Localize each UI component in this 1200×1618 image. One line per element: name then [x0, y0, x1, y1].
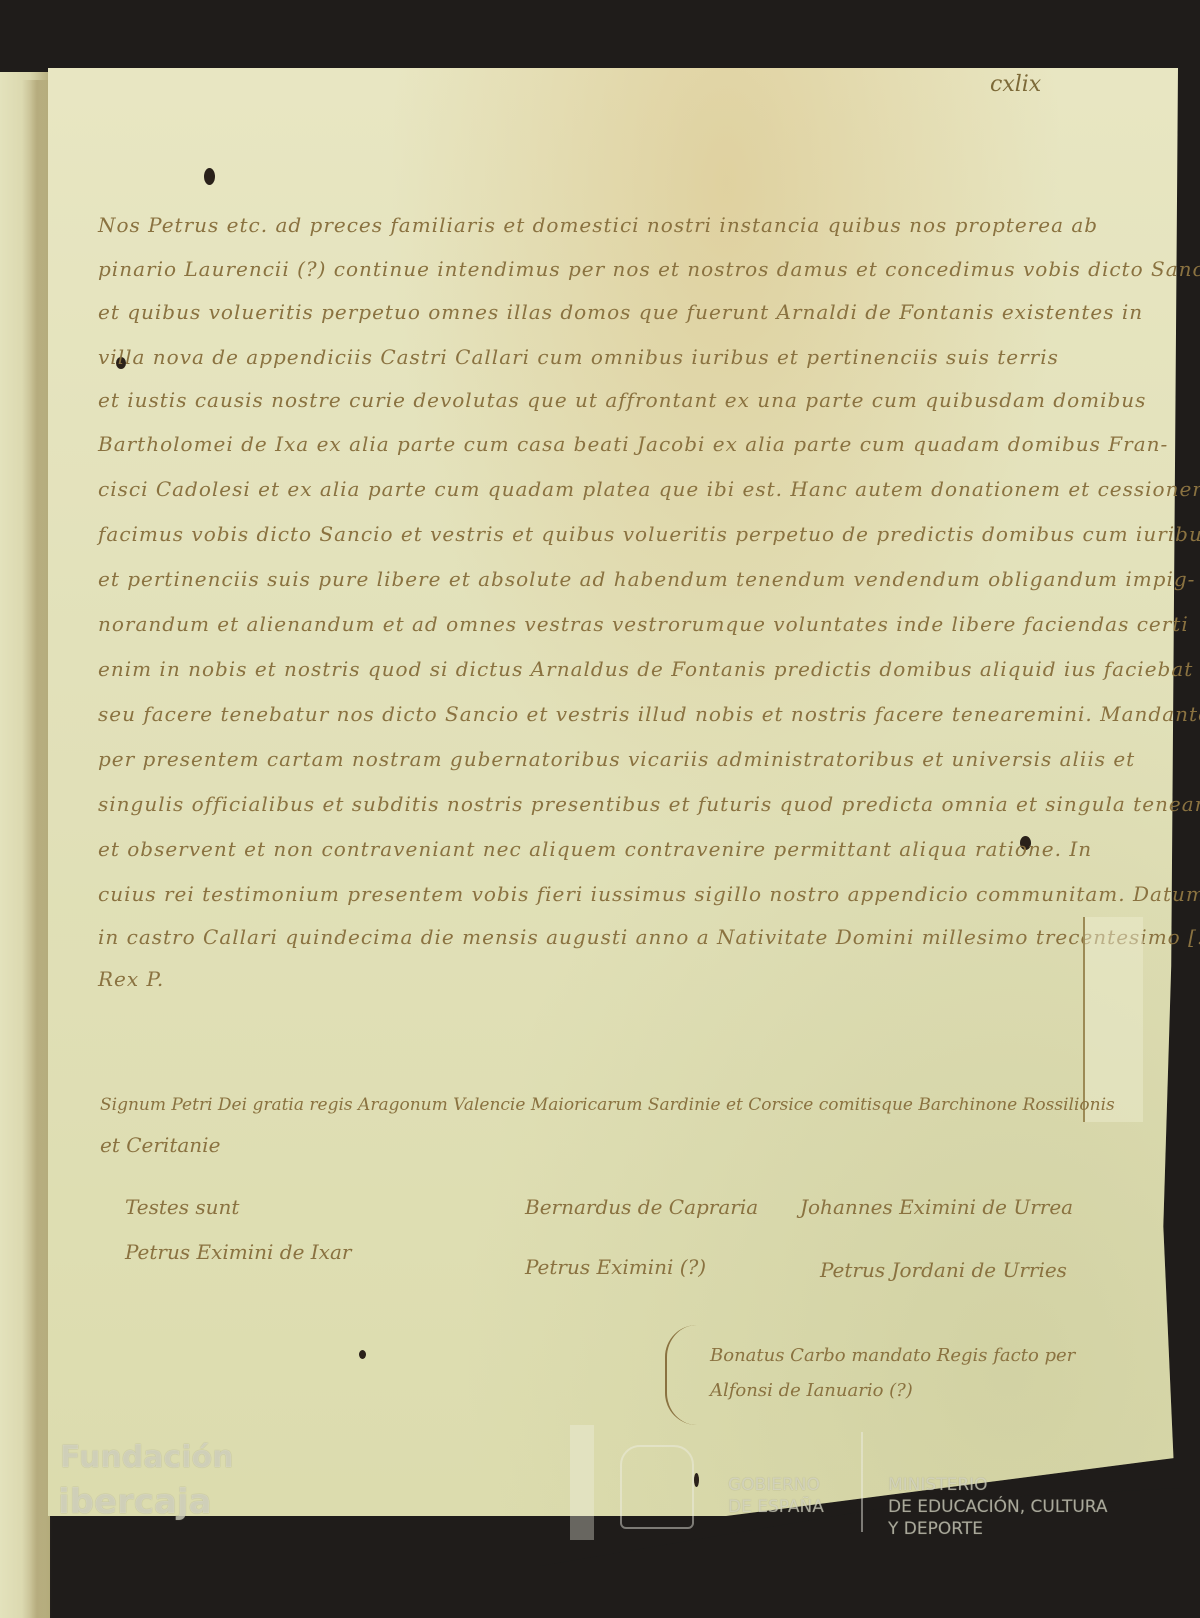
coat-of-arms-icon	[620, 1445, 694, 1529]
watermark-divider	[861, 1432, 863, 1532]
body-line: seu facere tenebatur nos dicto Sancio et…	[98, 702, 1200, 726]
folio-number: cxlix	[990, 72, 1041, 97]
body-line: et pertinenciis suis pure libere et abso…	[98, 567, 1195, 591]
gov-logo-stripe	[570, 1425, 594, 1540]
watermark-ibercaja: ibercaja	[58, 1482, 212, 1522]
witness: Petrus Jordani de Urries	[820, 1258, 1067, 1282]
witness: Johannes Eximini de Urrea	[800, 1195, 1073, 1219]
watermark-ministerio: MINISTERIO DE EDUCACIÓN, CULTURA Y DEPOR…	[888, 1474, 1108, 1540]
pasted-slip	[1083, 917, 1143, 1122]
ministry-line: MINISTERIO	[888, 1474, 1108, 1496]
witness: Petrus Eximini (?)	[525, 1255, 706, 1279]
witness: Bernardus de Capraria	[525, 1195, 758, 1219]
wormhole	[694, 1473, 699, 1487]
binding-gutter	[22, 80, 52, 1618]
wormhole	[359, 1350, 366, 1359]
signum-line: Signum Petri Dei gratia regis Aragonum V…	[100, 1095, 1115, 1115]
body-line: Rex P.	[98, 967, 164, 991]
wormhole	[204, 168, 215, 185]
scribe-note: Bonatus Carbo mandato Regis facto per	[710, 1345, 1075, 1366]
body-line: facimus vobis dicto Sancio et vestris et…	[98, 522, 1200, 546]
body-line: villa nova de appendiciis Castri Callari…	[98, 345, 1059, 369]
gov-line: GOBIERNO	[728, 1474, 824, 1496]
witnesses-header: Testes sunt	[125, 1195, 239, 1219]
body-line: enim in nobis et nostris quod si dictus …	[98, 657, 1193, 681]
body-line: norandum et alienandum et ad omnes vestr…	[98, 612, 1189, 636]
body-line: pinario Laurencii (?) continue intendimu…	[98, 257, 1200, 281]
body-line: Bartholomei de Ixa ex alia parte cum cas…	[98, 432, 1168, 456]
body-line: in castro Callari quindecima die mensis …	[98, 925, 1200, 949]
body-line: et quibus volueritis perpetuo omnes illa…	[98, 300, 1143, 324]
body-line: Nos Petrus etc. ad preces familiaris et …	[98, 213, 1098, 237]
ministry-line: Y DEPORTE	[888, 1518, 1108, 1540]
body-line: cisci Cadolesi et ex alia parte cum quad…	[98, 477, 1200, 501]
watermark-gobierno: GOBIERNO DE ESPAÑA	[728, 1474, 824, 1518]
body-line: per presentem cartam nostram gubernatori…	[98, 747, 1135, 771]
witness: Petrus Eximini de Ixar	[125, 1240, 351, 1264]
body-line: cuius rei testimonium presentem vobis fi…	[98, 882, 1200, 906]
body-line: singulis officialibus et subditis nostri…	[98, 792, 1200, 816]
body-line: et iustis causis nostre curie devolutas …	[98, 388, 1146, 412]
signum-line: et Ceritanie	[100, 1133, 220, 1157]
watermark-fundacion: Fundación	[60, 1440, 233, 1475]
scribe-bracket	[665, 1325, 697, 1425]
scribe-note: Alfonsi de Ianuario (?)	[710, 1380, 913, 1401]
gov-line: DE ESPAÑA	[728, 1496, 824, 1518]
ministry-line: DE EDUCACIÓN, CULTURA	[888, 1496, 1108, 1518]
body-line: et observent et non contraveniant nec al…	[98, 837, 1092, 861]
